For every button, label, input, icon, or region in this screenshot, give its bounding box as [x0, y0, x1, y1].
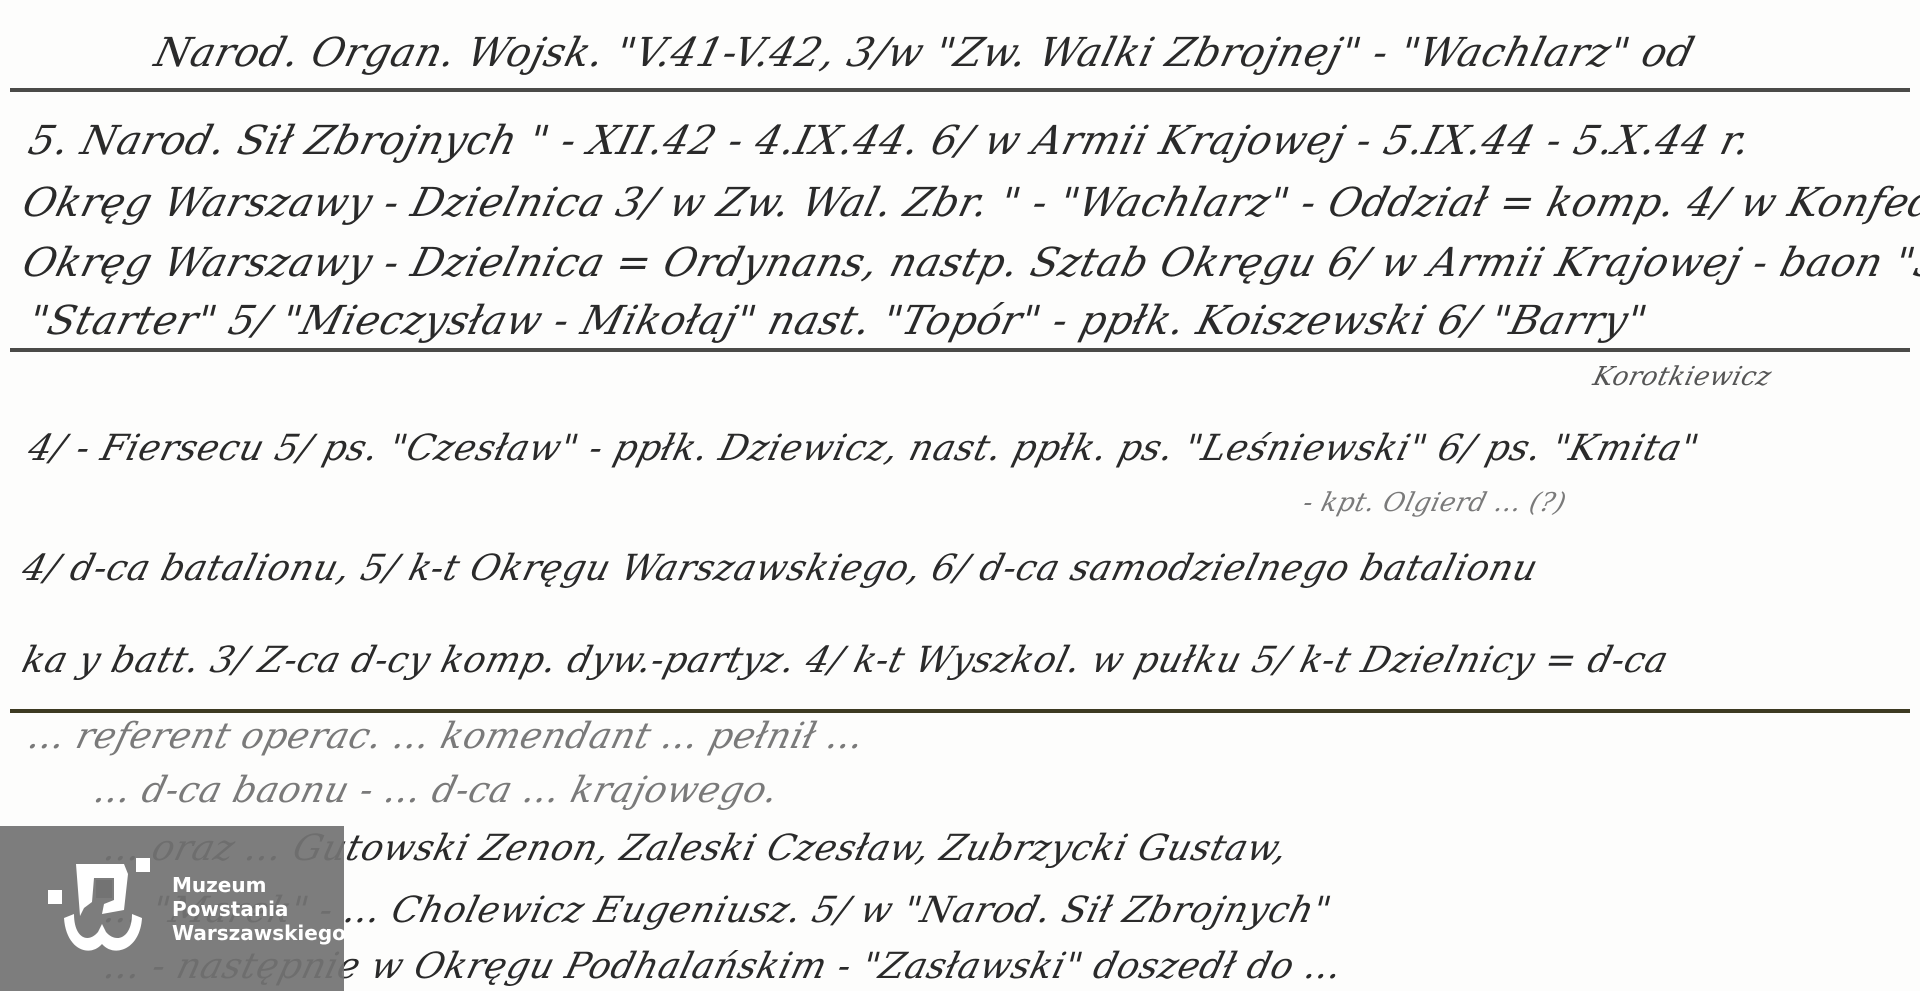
handwritten-line: ... referent operac. ... komendant ... p…	[24, 716, 868, 757]
form-rule	[10, 348, 1910, 352]
handwritten-line: Korotkiewicz	[1590, 362, 1775, 392]
handwritten-line: 5. Narod. Sił Zbrojnych " - XII.42 - 4.I…	[24, 118, 1755, 164]
museum-name-line: Muzeum	[172, 873, 346, 897]
museum-name-line: Powstania	[172, 897, 346, 921]
kotwica-anchor-icon	[44, 854, 164, 964]
handwritten-line: "Starter" 5/ "Mieczysław - Mikołaj" nast…	[24, 298, 1652, 344]
form-rule	[10, 709, 1910, 713]
museum-watermark: Muzeum Powstania Warszawskiego	[0, 826, 344, 991]
handwritten-line: Narod. Organ. Wojsk. "V.41-V.42, 3/w "Zw…	[150, 30, 1699, 76]
form-rule	[10, 88, 1910, 92]
handwritten-line: ... d-ca baonu - ... d-ca ... krajowego.	[90, 770, 783, 811]
document-scan: Narod. Organ. Wojsk. "V.41-V.42, 3/w "Zw…	[0, 0, 1920, 991]
handwritten-line: 4/ - Fiersecu 5/ ps. "Czesław" - ppłk. D…	[24, 428, 1703, 469]
handwritten-line: ka y batt. 3/ Z-ca d-cy komp. dyw.-party…	[18, 640, 1673, 681]
museum-name-line: Warszawskiego	[172, 921, 346, 945]
museum-name: Muzeum Powstania Warszawskiego	[172, 873, 346, 945]
handwritten-line: Okręg Warszawy - Dzielnica 3/ w Zw. Wal.…	[18, 180, 1920, 226]
handwritten-line: 4/ d-ca batalionu, 5/ k-t Okręgu Warszaw…	[18, 548, 1542, 589]
handwritten-line: - kpt. Olgierd ... (?)	[1300, 488, 1570, 518]
handwritten-line: Okręg Warszawy - Dzielnica = Ordynans, n…	[18, 240, 1920, 286]
